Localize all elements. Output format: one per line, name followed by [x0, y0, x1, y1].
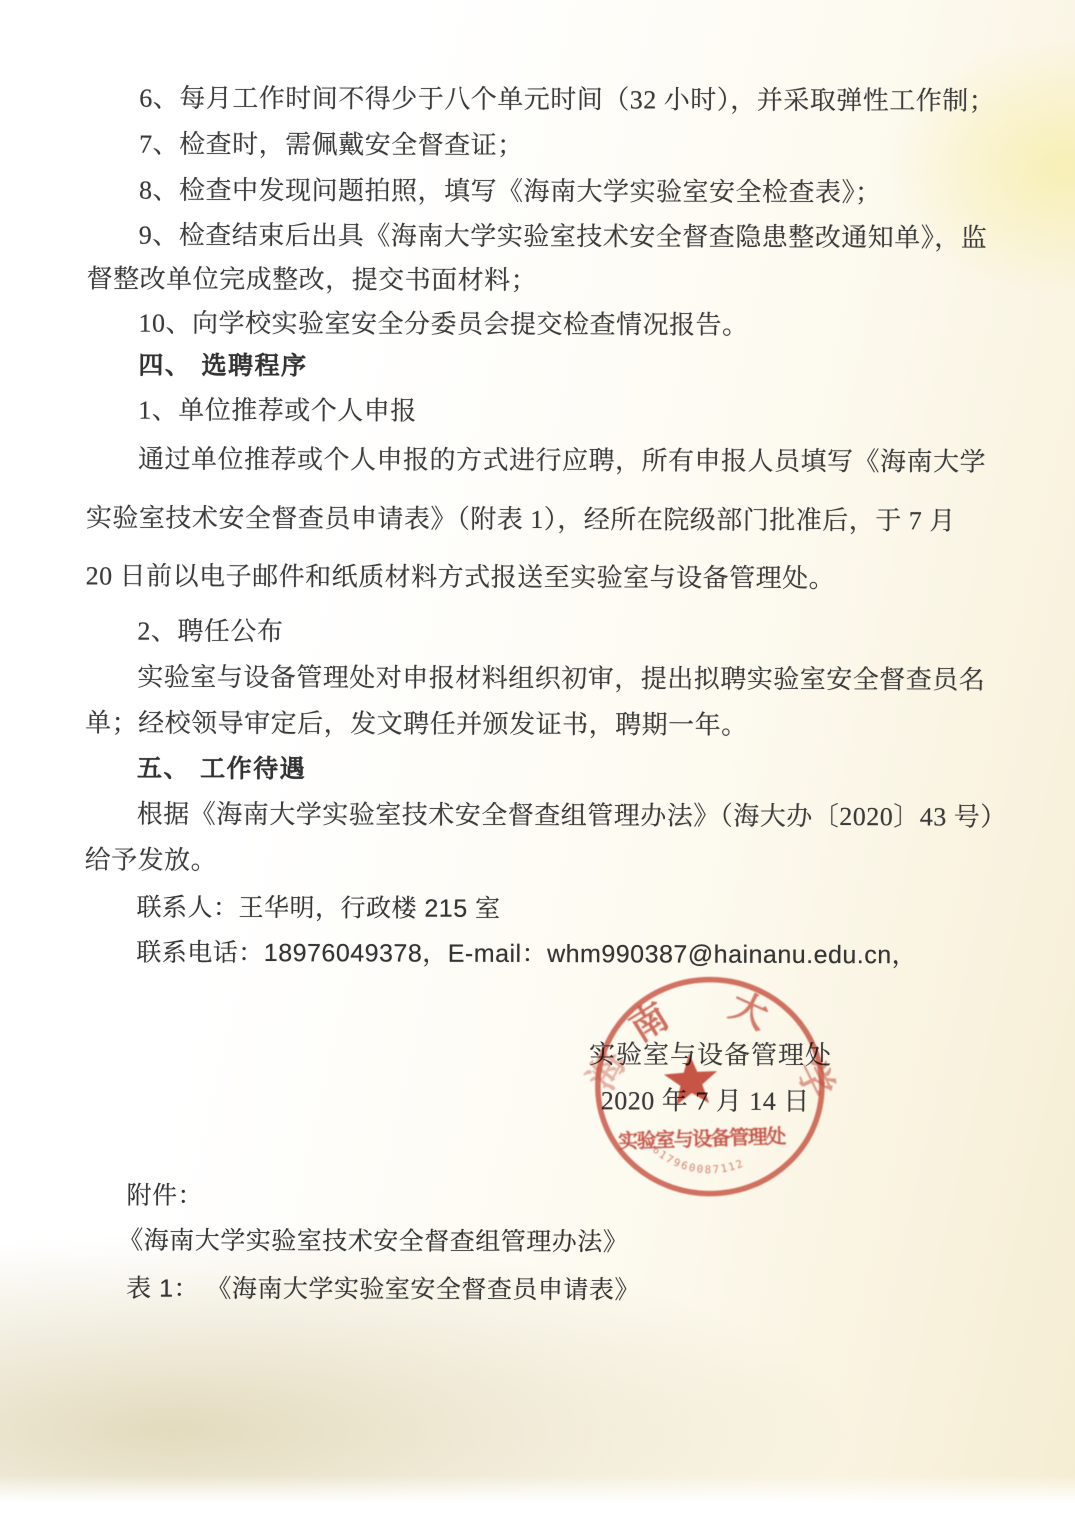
attachment-label: 附件：	[126, 1182, 203, 1211]
paragraph-apply-line-3: 20 日前以电子邮件和纸质材料方式报送至实验室与设备管理处。	[86, 561, 836, 594]
list-item-2: 2、聘任公布	[137, 617, 283, 647]
numbered-item-10: 10、向学校实验室安全分委员会提交检查情况报告。	[138, 309, 748, 341]
paper-bottom-edge	[0, 1475, 1075, 1521]
seal-star-icon	[663, 1052, 719, 1106]
paragraph-apply-line-2: 实验室技术安全督查员申请表》（附表 1），经所在院级部门批准后，于 7 月	[86, 503, 956, 536]
seal-ring-char: 南	[622, 994, 676, 1050]
contact-person-line: 联系人：王华明，行政楼 215 室	[136, 894, 500, 924]
paragraph-pay-line-1: 根据《海南大学实验室技术安全督查组管理办法》（海大办〔2020〕43 号）	[137, 800, 1007, 833]
attachment-item-1: 《海南大学实验室技术安全督查组管理办法》	[118, 1227, 628, 1258]
document-content: 6、每月工作时间不得少于八个单元时间（32 小时），并采取弹性工作制； 7、检查…	[0, 0, 1075, 1521]
paragraph-review-line-2: 单；经校领导审定后，发文聘任并颁发证书，聘期一年。	[85, 708, 748, 740]
numbered-item-6: 6、每月工作时间不得少于八个单元时间（32 小时），并采取弹性工作制；	[139, 84, 995, 117]
paragraph-apply-line-1: 通过单位推荐或个人申报的方式进行应聘，所有申报人员填写《海南大学	[138, 445, 986, 478]
numbered-item-8: 8、检查中发现问题拍照，填写《海南大学实验室安全检查表》；	[139, 176, 882, 208]
list-item-1: 1、单位推荐或个人申报	[138, 396, 417, 427]
seal-ring-char: 海	[579, 1044, 634, 1097]
section-heading-4: 四、 选聘程序	[138, 352, 307, 381]
document-page: 6、每月工作时间不得少于八个单元时间（32 小时），并采取弹性工作制； 7、检查…	[0, 0, 1075, 1521]
section-heading-5: 五、 工作待遇	[137, 755, 306, 784]
paragraph-pay-line-2: 给予发放。	[85, 845, 218, 875]
seal-ring-char: 学	[787, 1053, 842, 1105]
numbered-item-9: 9、检查结束后出具《海南大学实验室技术安全督查隐患整改通知单》，监	[139, 221, 988, 254]
numbered-item-7: 7、检查时，需佩戴安全督查证；	[139, 130, 524, 161]
numbered-item-9-cont: 督整改单位完成整改，提交书面材料；	[87, 264, 538, 295]
attachment-item-2: 表 1： 《海南大学实验室安全督查员申请表》	[126, 1275, 640, 1306]
paragraph-review-line-1: 实验室与设备管理处对申报材料组织初审，提出拟聘实验室安全督查员名	[137, 663, 985, 696]
official-seal: 海 南 大 学 实验室与设备管理处 4617960087112	[573, 950, 864, 1223]
seal-department-text: 实验室与设备管理处	[618, 1124, 787, 1153]
